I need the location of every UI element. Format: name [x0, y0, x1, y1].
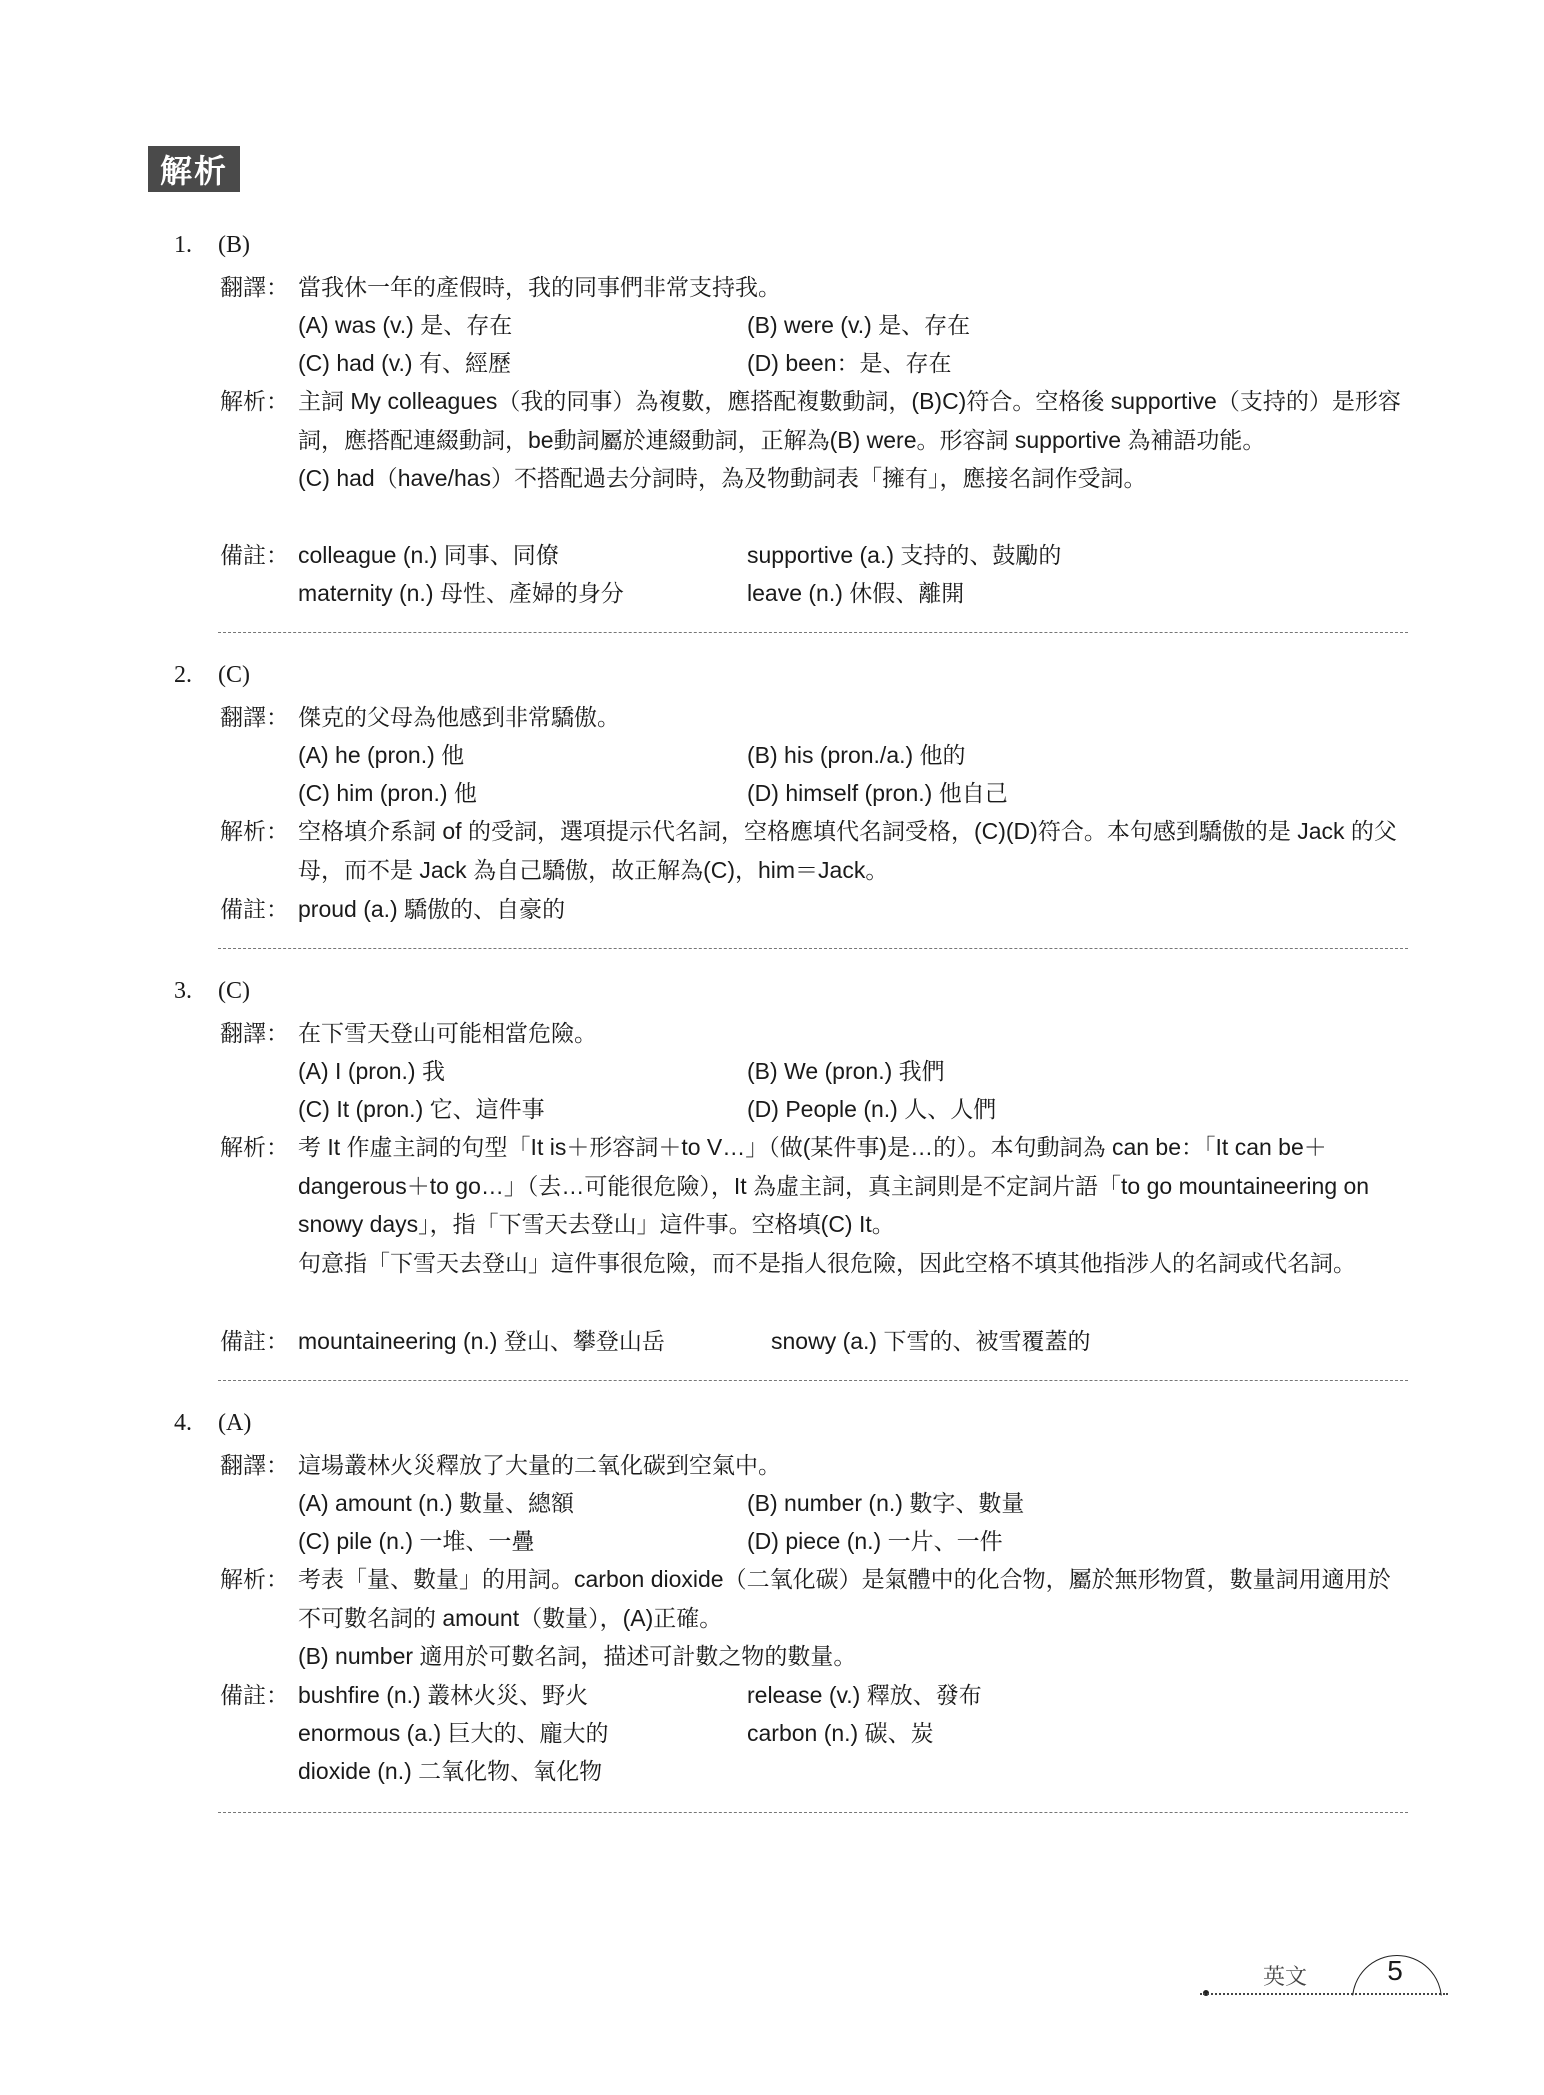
notes-label: 備註：: [220, 536, 298, 574]
translation-text: 這場叢林火災釋放了大量的二氧化碳到空氣中。: [298, 1452, 781, 1478]
divider: [218, 632, 1408, 633]
translation-text: 在下雪天登山可能相當危險。: [298, 1020, 597, 1046]
question-number: 1.: [174, 232, 218, 259]
analysis-paragraph: 空格填介系詞 of 的受詞，選項提示代名詞，空格應填代名詞受格，(C)(D)符合…: [298, 812, 1406, 889]
option-a: (A) amount (n.) 數量、總額: [298, 1484, 574, 1522]
note-item: release (v.) 釋放、發布: [747, 1676, 982, 1714]
divider: [218, 1812, 1408, 1813]
note-item: leave (n.) 休假、離開: [747, 574, 964, 612]
option-b: (B) were (v.) 是、存在: [747, 306, 970, 344]
translation-label: 翻譯：: [220, 268, 298, 306]
option-c: (C) pile (n.) 一堆、一疊: [298, 1522, 534, 1560]
option-c: (C) had (v.) 有、經歷: [298, 344, 511, 382]
answer: (B): [218, 232, 250, 258]
analysis-label: 解析：: [220, 1128, 298, 1166]
option-d: (D) piece (n.) 一片、一件: [747, 1522, 1003, 1560]
footer-subject: 英文: [1263, 1960, 1307, 1991]
option-a: (A) he (pron.) 他: [298, 736, 464, 774]
analysis-paragraph: 主詞 My colleagues（我的同事）為複數，應搭配複數動詞，(B)C)符…: [298, 382, 1406, 459]
option-b: (B) number (n.) 數字、數量: [747, 1484, 1024, 1522]
translation-label: 翻譯：: [220, 698, 298, 736]
option-c: (C) It (pron.) 它、這件事: [298, 1090, 545, 1128]
note-item: maternity (n.) 母性、產婦的身分: [298, 574, 624, 612]
section-title-badge: 解析: [148, 146, 240, 192]
translation-text: 傑克的父母為他感到非常驕傲。: [298, 704, 620, 730]
note-item: enormous (a.) 巨大的、龐大的: [298, 1714, 609, 1752]
notes-label: 備註：: [220, 1676, 298, 1714]
analysis-label: 解析：: [220, 382, 298, 420]
answer: (C): [218, 978, 250, 1004]
note-item: bushfire (n.) 叢林火災、野火: [298, 1676, 588, 1714]
translation-label: 翻譯：: [220, 1014, 298, 1052]
page-number: 5: [1380, 1955, 1410, 1987]
note-item: proud (a.) 驕傲的、自豪的: [298, 890, 565, 928]
answer: (C): [218, 662, 250, 688]
note-item: colleague (n.) 同事、同僚: [298, 536, 559, 574]
note-item: dioxide (n.) 二氧化物、氧化物: [298, 1752, 602, 1790]
analysis-paragraph: 句意指「下雪天去登山」這件事很危險，而不是指人很危險，因此空格不填其他指涉人的名…: [298, 1244, 1406, 1283]
answer: (A): [218, 1410, 251, 1436]
analysis-paragraph: (B) number 適用於可數名詞，描述可計數之物的數量。: [298, 1637, 1406, 1676]
analysis-label: 解析：: [220, 812, 298, 850]
analysis-paragraph: 考 It 作虛主詞的句型「It is＋形容詞＋to V…」（做(某件事)是…的）…: [298, 1128, 1406, 1244]
option-c: (C) him (pron.) 他: [298, 774, 477, 812]
divider: [218, 1380, 1408, 1381]
option-d: (D) himself (pron.) 他自己: [747, 774, 1008, 812]
notes-label: 備註：: [220, 1322, 298, 1360]
divider: [218, 948, 1408, 949]
option-a: (A) I (pron.) 我: [298, 1052, 445, 1090]
question-number: 2.: [174, 662, 218, 689]
question-number: 4.: [174, 1410, 218, 1437]
option-d: (D) been：是、存在: [747, 344, 951, 382]
translation-label: 翻譯：: [220, 1446, 298, 1484]
question-number: 3.: [174, 978, 218, 1005]
note-item: supportive (a.) 支持的、鼓勵的: [747, 536, 1061, 574]
option-d: (D) People (n.) 人、人們: [747, 1090, 996, 1128]
analysis-label: 解析：: [220, 1560, 298, 1598]
option-b: (B) his (pron./a.) 他的: [747, 736, 966, 774]
notes-label: 備註：: [220, 890, 298, 928]
note-item: snowy (a.) 下雪的、被雪覆蓋的: [771, 1322, 1090, 1360]
option-a: (A) was (v.) 是、存在: [298, 306, 512, 344]
option-b: (B) We (pron.) 我們: [747, 1052, 945, 1090]
note-item: carbon (n.) 碳、炭: [747, 1714, 934, 1752]
note-item: mountaineering (n.) 登山、攀登山岳: [298, 1322, 665, 1360]
analysis-paragraph: 考表「量、數量」的用詞。carbon dioxide（二氧化碳）是氣體中的化合物…: [298, 1560, 1406, 1637]
translation-text: 當我休一年的產假時，我的同事們非常支持我。: [298, 274, 781, 300]
analysis-paragraph: (C) had（have/has）不搭配過去分詞時，為及物動詞表「擁有」，應接名…: [298, 459, 1406, 498]
